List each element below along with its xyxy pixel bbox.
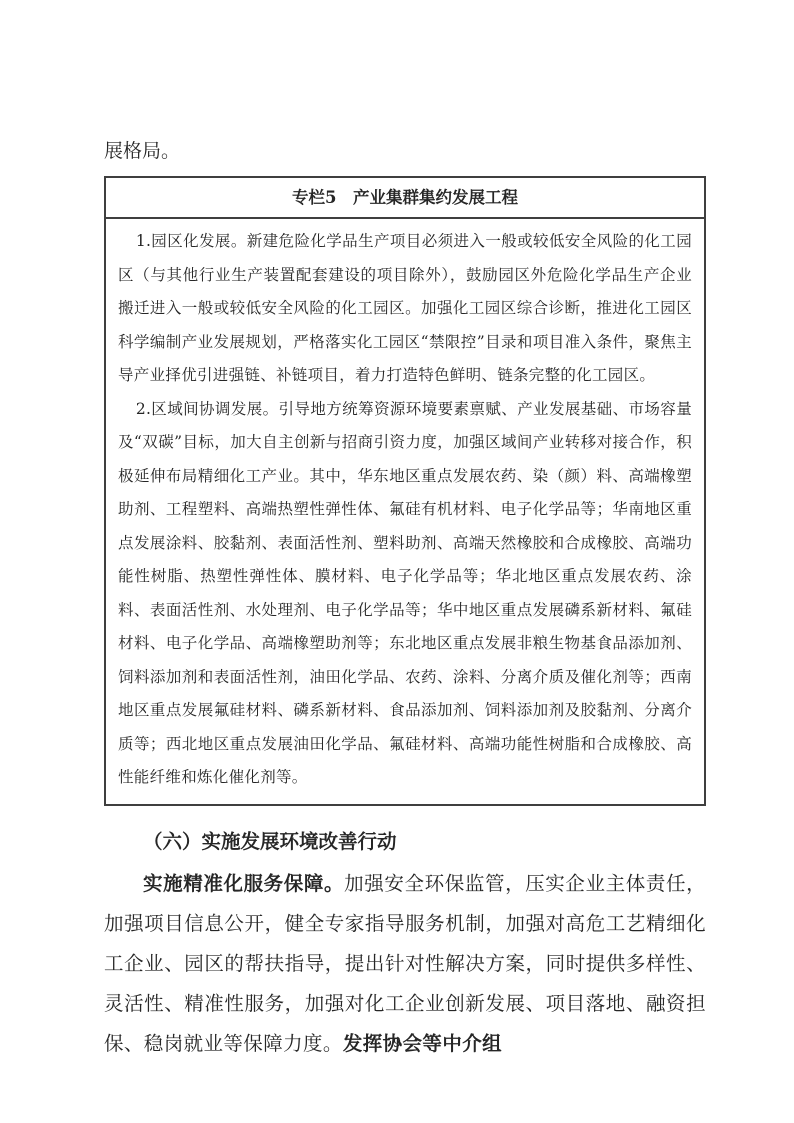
- section-paragraph: 实施精准化服务保障。加强安全环保监管，压实企业主体责任，加强项目信息公开，健全专…: [104, 864, 706, 1064]
- section-heading-six: （六）实施发展环境改善行动: [104, 826, 706, 858]
- page-content: 展格局。 专栏5 产业集群集约发展工程 1.园区化发展。新建危险化学品生产项目必…: [104, 136, 706, 1064]
- column-box-body: 1.园区化发展。新建危险化学品生产项目必须进入一般或较低安全风险的化工园区（与其…: [106, 219, 704, 804]
- intro-paragraph-continuation: 展格局。: [104, 136, 706, 166]
- box-paragraph-1: 1.园区化发展。新建危险化学品生产项目必须进入一般或较低安全风险的化工园区（与其…: [118, 225, 692, 393]
- document-page: 展格局。 专栏5 产业集群集约发展工程 1.园区化发展。新建危险化学品生产项目必…: [0, 0, 794, 1123]
- column-box-5: 专栏5 产业集群集约发展工程 1.园区化发展。新建危险化学品生产项目必须进入一般…: [104, 176, 706, 806]
- box-paragraph-2: 2.区域间协调发展。引导地方统筹资源环境要素禀赋、产业发展基础、市场容量及“双碳…: [118, 393, 692, 795]
- column-box-title: 专栏5 产业集群集约发展工程: [106, 178, 704, 219]
- paragraph-lead-bold: 实施精准化服务保障。: [143, 872, 344, 895]
- page-number: 9: [0, 1036, 794, 1051]
- paragraph-body-text: 加强安全环保监管，压实企业主体责任，加强项目信息公开，健全专家指导服务机制，加强…: [104, 872, 706, 1055]
